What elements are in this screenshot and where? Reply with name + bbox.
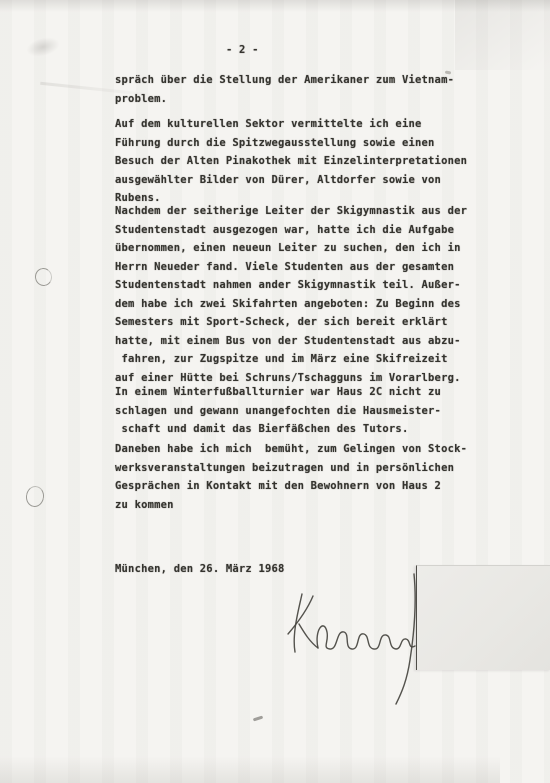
paragraph: spräch über die Stellung der Amerikaner …	[115, 71, 454, 108]
text-line: Führung durch die Spitzwegausstellung so…	[115, 134, 467, 153]
paragraph: Nachdem der seitherige Leiter der Skigym…	[115, 202, 467, 387]
paragraph: In einem Winterfußballturnier war Haus 2…	[115, 383, 441, 439]
text-line: Auf dem kulturellen Sektor vermittelte i…	[115, 115, 467, 134]
text-line: spräch über die Stellung der Amerikaner …	[115, 71, 454, 90]
dateline: München, den 26. März 1968	[115, 560, 285, 579]
paper-patch	[416, 565, 550, 670]
pencil-smudge	[24, 34, 61, 60]
text-line: In einem Winterfußballturnier war Haus 2…	[115, 383, 441, 402]
text-line: ausgewählter Bilder von Dürer, Altdorfer…	[115, 171, 467, 190]
text-line: dem habe ich zwei Skifahrten angeboten: …	[115, 295, 467, 314]
text-line: problem.	[115, 90, 454, 109]
page-number: - 2 -	[226, 41, 259, 60]
text-line: Semesters mit Sport-Scheck, der sich ber…	[115, 313, 467, 332]
text-line: fahren, zur Zugspitze und im März eine S…	[115, 350, 467, 369]
text-line: zu kommen	[115, 496, 467, 515]
paragraph: Daneben habe ich mich bemüht, zum Geling…	[115, 440, 467, 514]
text-line: schlagen und gewann unangefochten die Ha…	[115, 402, 441, 421]
text-line: Besuch der Alten Pinakothek mit Einzelin…	[115, 152, 467, 171]
text-line: Herrn Neueder fand. Viele Studenten aus …	[115, 258, 467, 277]
text-line: schaft und damit das Bierfäßchen des Tut…	[115, 420, 441, 439]
scan-corner-shadow	[455, 0, 550, 70]
text-line: hatte, mit einem Bus von der Studentenst…	[115, 332, 467, 351]
punch-hole-mark	[25, 485, 46, 508]
text-line: werksveranstaltungen beizutragen und in …	[115, 459, 467, 478]
signature	[272, 572, 432, 707]
text-line: Daneben habe ich mich bemüht, zum Geling…	[115, 440, 467, 459]
text-line: Gesprächen in Kontakt mit den Bewohnern …	[115, 477, 467, 496]
text-line: Studentenstadt nahmen ander Skigymnastik…	[115, 276, 467, 295]
document-page: - 2 - spräch über die Stellung der Ameri…	[0, 0, 550, 783]
text-line: Studentenstadt ausgezogen war, hatte ich…	[115, 221, 467, 240]
text-line: Nachdem der seitherige Leiter der Skigym…	[115, 202, 467, 221]
scan-bottom-shadow	[0, 756, 500, 783]
paragraph: Auf dem kulturellen Sektor vermittelte i…	[115, 115, 467, 208]
ink-speck	[253, 716, 263, 722]
text-line: übernommen, einen neueun Leiter zu suche…	[115, 239, 467, 258]
punch-hole-mark	[34, 267, 54, 288]
